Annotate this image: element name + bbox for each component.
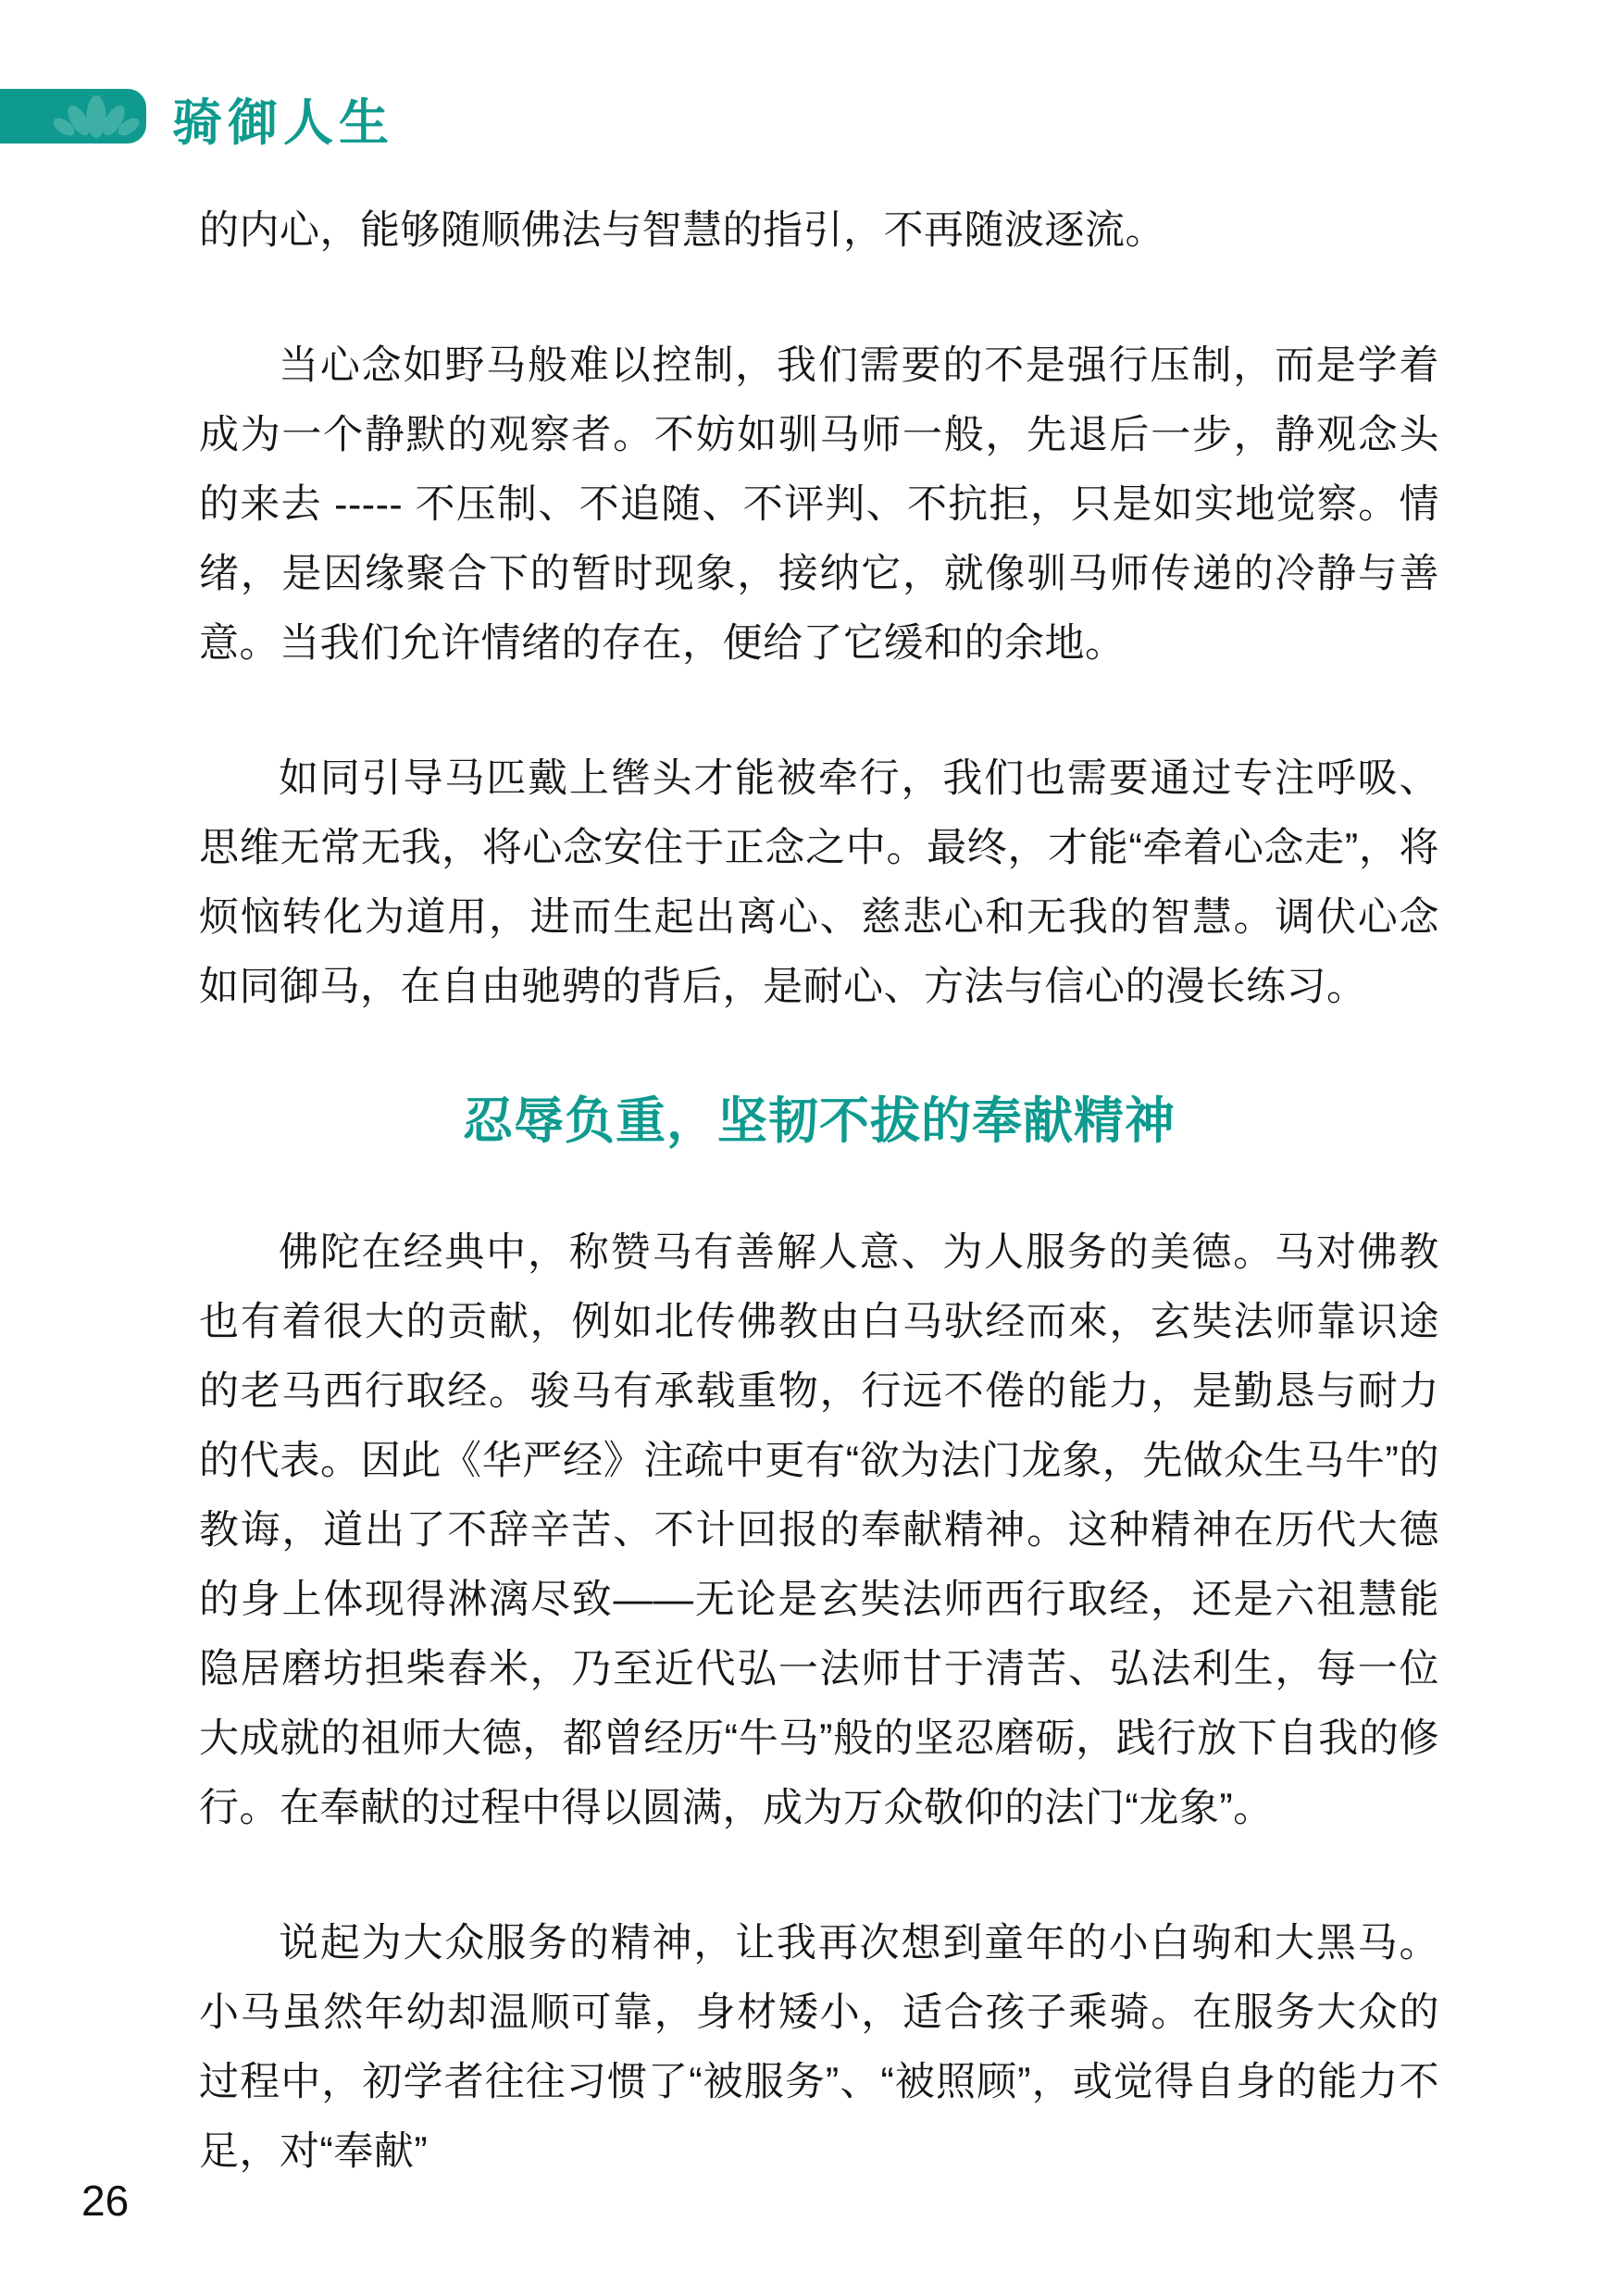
- paragraph-4: 佛陀在经典中，称赞马有善解人意、为人服务的美德。马对佛教也有着很大的贡献，例如北…: [199, 1218, 1439, 1843]
- header-brand-bar: [0, 89, 146, 143]
- page-body: 的内心，能够随顺佛法与智慧的指引，不再随波逐流。 当心念如野马般难以控制，我们需…: [199, 196, 1439, 2187]
- lotus-icon: [50, 93, 143, 141]
- paragraph-2: 当心念如野马般难以控制，我们需要的不是强行压制，而是学着成为一个静默的观察者。不…: [199, 331, 1439, 679]
- book-title: 骑御人生: [172, 83, 394, 155]
- section-heading: 忍辱负重，坚韧不拔的奉献精神: [199, 1092, 1439, 1150]
- page-number: 26: [81, 2176, 129, 2226]
- paragraph-1: 的内心，能够随顺佛法与智慧的指引，不再随波逐流。: [199, 196, 1439, 266]
- paragraph-5: 说起为大众服务的精神，让我再次想到童年的小白驹和大黑马。小马虽然年幼却温顺可靠，…: [199, 1909, 1439, 2187]
- paragraph-3: 如同引导马匹戴上辔头才能被牵行，我们也需要通过专注呼吸、思维无常无我，将心念安住…: [199, 744, 1439, 1022]
- book-page: 骑御人生 的内心，能够随顺佛法与智慧的指引，不再随波逐流。 当心念如野马般难以控…: [0, 0, 1618, 2296]
